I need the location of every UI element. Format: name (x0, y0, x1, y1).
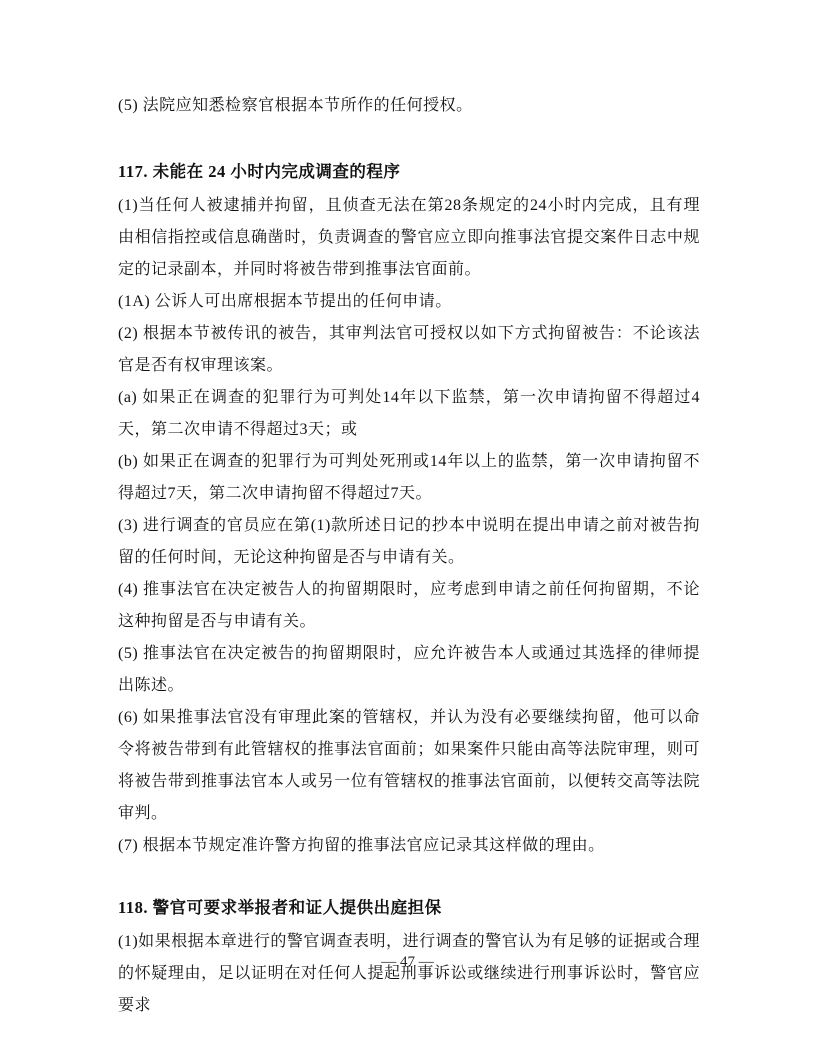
clause-paragraph: (4) 推事法官在决定被告人的拘留期限时，应考虑到申请之前任何拘留期，不论这种拘… (118, 574, 700, 638)
clause-paragraph: (1)如果根据本章进行的警官调查表明，进行调查的警官认为有足够的证据或合理的怀疑… (118, 926, 700, 1022)
section-heading-117: 117. 未能在 24 小时内完成调查的程序 (118, 156, 700, 188)
clause-paragraph: (7) 根据本节规定准许警方拘留的推事法官应记录其这样做的理由。 (118, 830, 700, 862)
clause-paragraph: (3) 进行调查的官员应在第(1)款所述日记的抄本中说明在提出申请之前对被告拘留… (118, 510, 700, 574)
clause-paragraph-intro: (5) 法院应知悉检察官根据本节所作的任何授权。 (118, 90, 700, 122)
clause-paragraph: (6) 如果推事法官没有审理此案的管辖权，并认为没有必要继续拘留，他可以命令将被… (118, 702, 700, 830)
clause-paragraph: (5) 推事法官在决定被告的拘留期限时，应允许被告本人或通过其选择的律师提出陈述… (118, 638, 700, 702)
section-heading-118: 118. 警官可要求举报者和证人提供出庭担保 (118, 892, 700, 924)
clause-paragraph: (1)当任何人被逮捕并拘留，且侦查无法在第28条规定的24小时内完成，且有理由相… (118, 190, 700, 286)
clause-paragraph: (a) 如果正在调查的犯罪行为可判处14年以下监禁，第一次申请拘留不得超过4天，… (118, 382, 700, 446)
page-number: — 47 — (0, 953, 815, 971)
clause-paragraph: (b) 如果正在调查的犯罪行为可判处死刑或14年以上的监禁，第一次申请拘留不得超… (118, 446, 700, 510)
clause-paragraph: (2) 根据本节被传讯的被告，其审判法官可授权以如下方式拘留被告：不论该法官是否… (118, 318, 700, 382)
clause-paragraph: (1A) 公诉人可出席根据本节提出的任何申请。 (118, 286, 700, 318)
document-page: (5) 法院应知悉检察官根据本节所作的任何授权。 117. 未能在 24 小时内… (0, 0, 815, 1055)
